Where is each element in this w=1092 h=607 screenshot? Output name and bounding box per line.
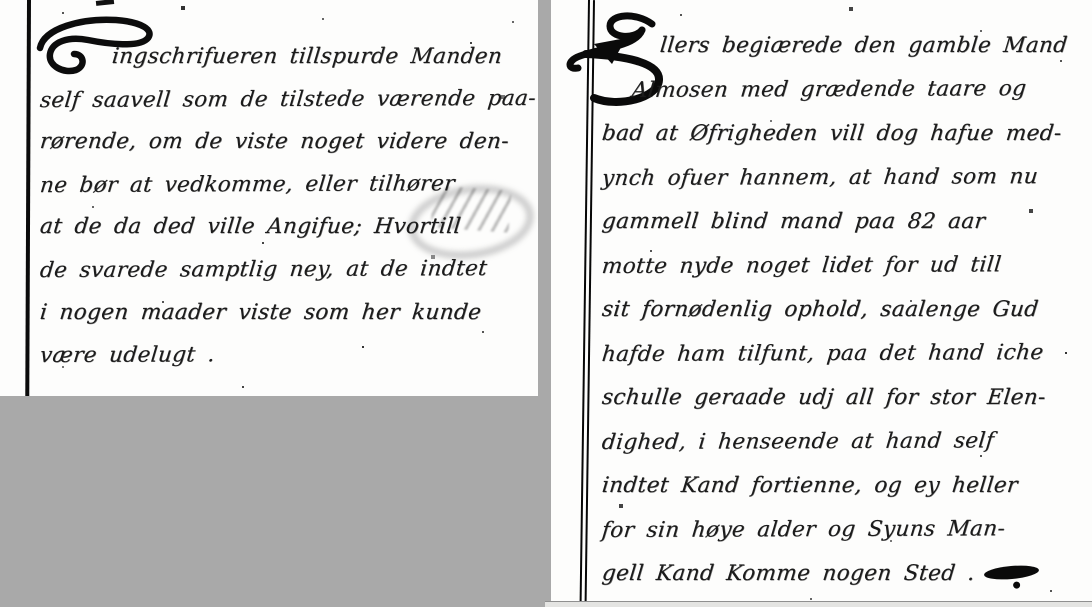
text-line: schulle geraade udj all for stor Elen- xyxy=(600,376,1087,420)
text-line: hafde ham tilfunt, paa det hand iche xyxy=(600,331,1087,377)
text-line: de svarede samptlig ney, at de indtet xyxy=(38,248,543,293)
right-text-block: llers begiærede den gamble Mand Almosen … xyxy=(602,24,1084,596)
paper-noise xyxy=(0,0,2,2)
text-line: bad at Øfrigheden vill dog hafue med- xyxy=(600,112,1087,156)
text-line: dighed, i henseende at hand self xyxy=(600,419,1087,465)
text-line: Almosen med grædende taare og xyxy=(600,67,1087,113)
left-text-block: ingschrifueren tillspurde Manden self sa… xyxy=(40,36,540,377)
text-line: self saavell som de tilstede værende paa… xyxy=(38,78,543,123)
text-line: at de da ded ville Angifue; Hvortill xyxy=(38,206,542,249)
text-line: llers begiærede den gamble Mand xyxy=(600,24,1087,68)
text-line: være udelugt . xyxy=(38,333,543,378)
scan-edge-mark xyxy=(96,0,114,6)
text-line: indtet Kand fortienne, og ey heller xyxy=(600,464,1087,508)
text-line: rørende, om de viste noget videre den- xyxy=(38,121,542,164)
text-line: sit fornødenlig ophold, saalenge Gud xyxy=(600,288,1087,332)
manuscript-scan: T E ingschrifueren tillspurde Manden sel… xyxy=(0,0,1092,607)
text-line: gammell blind mand paa 82 aar xyxy=(600,200,1087,244)
text-line: i nogen maader viste som her kunde xyxy=(38,292,542,335)
text-line: for sin høye alder og Syuns Man- xyxy=(600,507,1087,553)
text-line: ynch ofuer hannem, at hand som nu xyxy=(600,155,1087,201)
text-line: motte nyde noget lidet for ud till xyxy=(600,243,1087,289)
text-line: ingschrifueren tillspurde Manden xyxy=(38,36,542,79)
scan-bottom-strip xyxy=(545,601,1092,607)
paper-noise xyxy=(560,0,562,2)
text-line: ne bør at vedkomme, eller tilhører xyxy=(38,163,543,208)
